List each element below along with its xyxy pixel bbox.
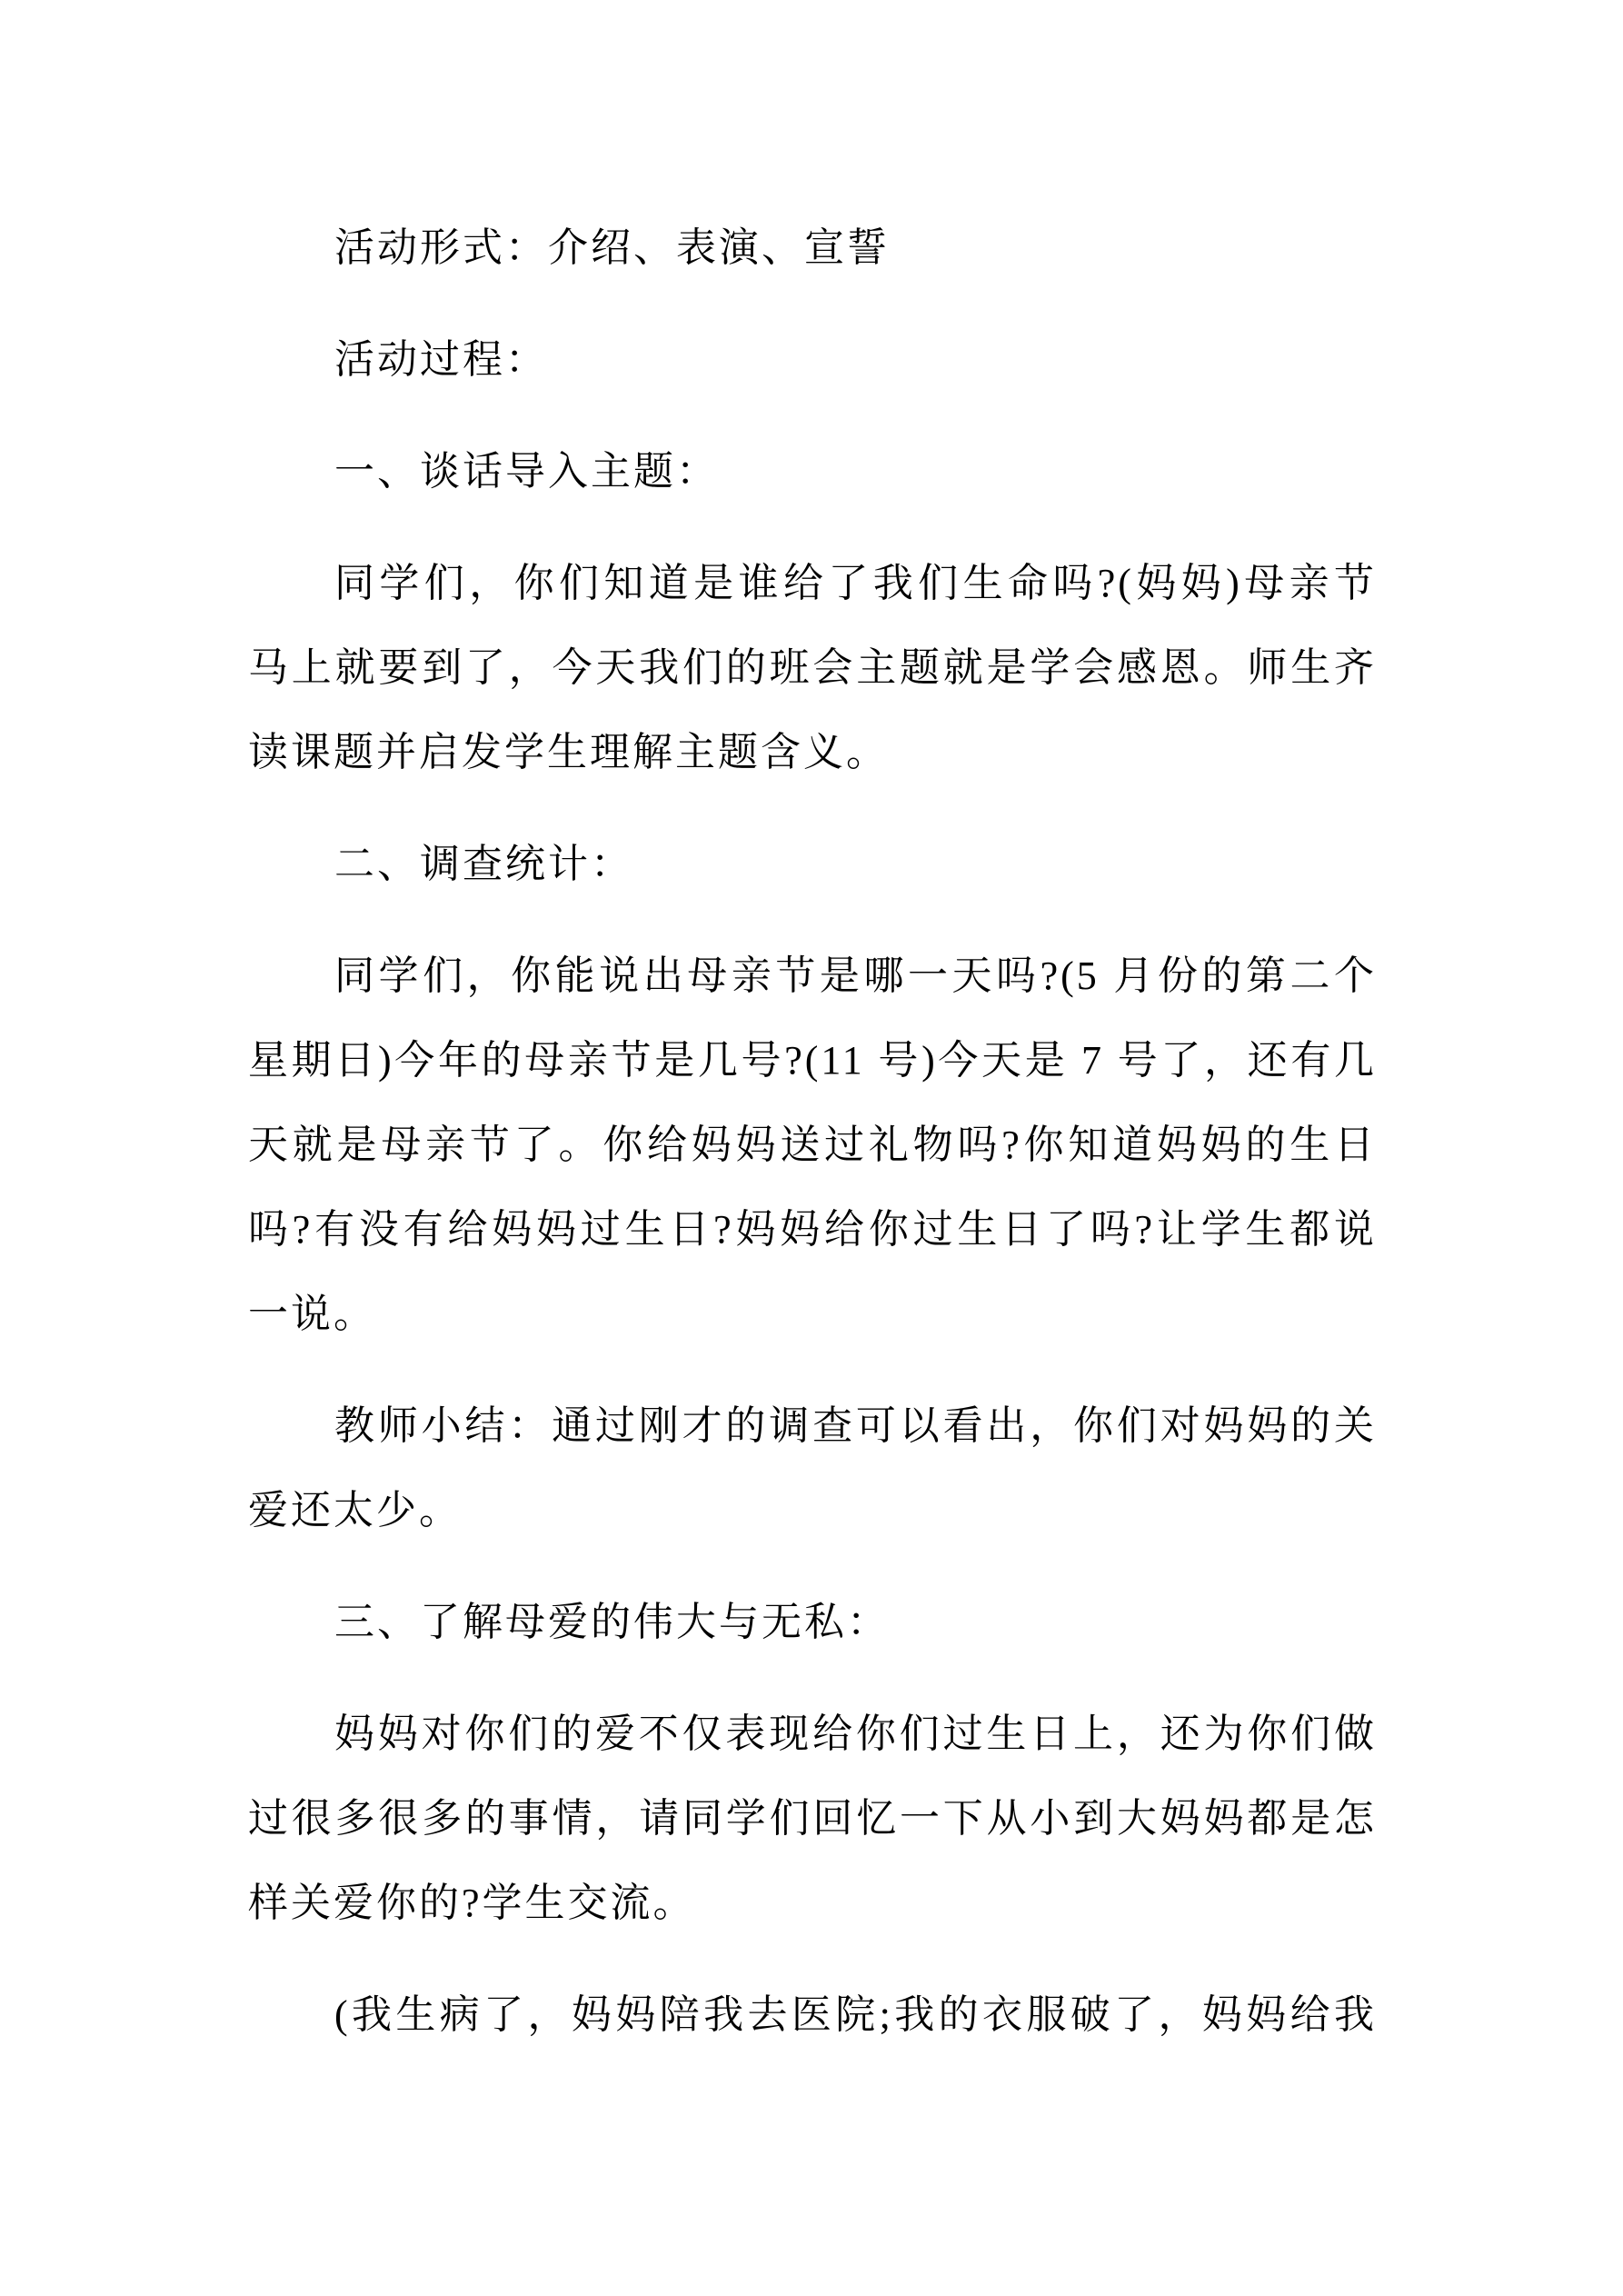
text-line: 活动过程： [248, 317, 1377, 402]
text-line: 同学们，你们知道是谁给了我们生命吗?(妈妈)母亲节 [248, 541, 1377, 625]
paragraph: 二、调查统计： [248, 822, 1377, 906]
text-line: 星期日)今年的母亲节是几号?(11 号)今天是 7 号了，还有几 [248, 1018, 1377, 1103]
text-line: 马上就要到了，今天我们的班会主题就是学会感恩。师生齐 [248, 625, 1377, 710]
text-line: 活动形式：介绍、表演、宣誓 [248, 205, 1377, 290]
text-line: 同学们，你能说出母亲节是哪一天吗?(5 月份的第二个 [248, 933, 1377, 1018]
text-line: (我生病了，妈妈陪我去医院;我的衣服破了，妈妈给我 [248, 1972, 1377, 2057]
text-line: 爱还太少。 [248, 1468, 1377, 1552]
paragraph: 活动形式：介绍、表演、宣誓 [248, 205, 1377, 290]
text-line: 三、了解母爱的伟大与无私： [248, 1580, 1377, 1664]
text-line: 过很多很多的事情，请同学们回忆一下从小到大妈妈都是怎 [248, 1776, 1377, 1861]
text-line: 一、谈话导入主题： [248, 429, 1377, 514]
text-line: 教师小结：通过刚才的调查可以看出，你们对妈妈的关 [248, 1383, 1377, 1468]
paragraph: 同学们，你们知道是谁给了我们生命吗?(妈妈)母亲节马上就要到了，今天我们的班会主… [248, 541, 1377, 794]
paragraph: 三、了解母爱的伟大与无私： [248, 1580, 1377, 1664]
text-line: 样关爱你的?学生交流。 [248, 1861, 1377, 1945]
document-body: 活动形式：介绍、表演、宣誓活动过程：一、谈话导入主题：同学们，你们知道是谁给了我… [248, 205, 1377, 2084]
text-line: 天就是母亲节了。你给妈妈送过礼物吗?你知道妈妈的生日 [248, 1103, 1377, 1187]
paragraph: 教师小结：通过刚才的调查可以看出，你们对妈妈的关爱还太少。 [248, 1383, 1377, 1552]
paragraph: (我生病了，妈妈陪我去医院;我的衣服破了，妈妈给我 [248, 1972, 1377, 2057]
text-line: 妈妈对你们的爱不仅表现给你们过生日上，还为你们做 [248, 1692, 1377, 1776]
paragraph: 活动过程： [248, 317, 1377, 402]
paragraph: 妈妈对你们的爱不仅表现给你们过生日上，还为你们做过很多很多的事情，请同学们回忆一… [248, 1692, 1377, 1945]
paragraph: 同学们，你能说出母亲节是哪一天吗?(5 月份的第二个星期日)今年的母亲节是几号?… [248, 933, 1377, 1356]
document-page: 活动形式：介绍、表演、宣誓活动过程：一、谈话导入主题：同学们，你们知道是谁给了我… [0, 0, 1623, 2296]
text-line: 二、调查统计： [248, 822, 1377, 906]
text-line: 读课题并启发学生理解主题含义。 [248, 710, 1377, 794]
text-line: 一说。 [248, 1272, 1377, 1356]
paragraph: 一、谈话导入主题： [248, 429, 1377, 514]
text-line: 吗?有没有给妈妈过生日?妈妈给你过生日了吗?让学生都说 [248, 1187, 1377, 1272]
